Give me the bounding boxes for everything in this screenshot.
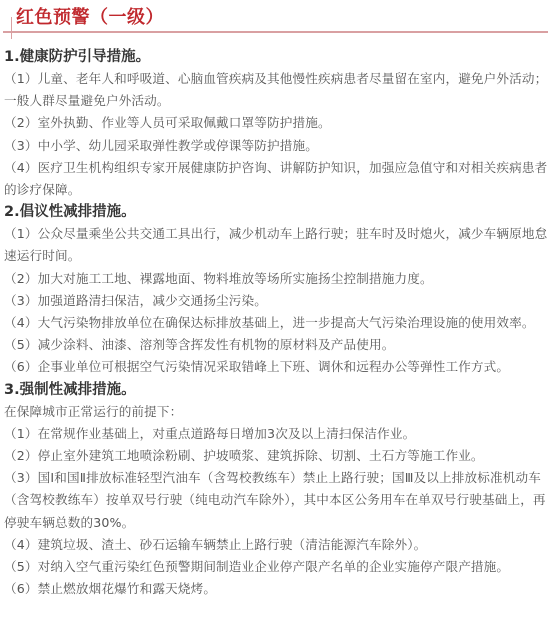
section-advisory-reduction: 2.倡议性减排措施。 （1）公众尽量乘坐公共交通工具出行，减少机动车上路行驶；驻… (4, 201, 552, 378)
section-heading: 2.倡议性减排措施。 (4, 201, 552, 223)
section-mandatory-reduction: 3.强制性减排措施。 在保障城市正常运行的前提下： （1）在常规作业基础上，对重… (4, 379, 552, 601)
paragraph: 在保障城市正常运行的前提下： (4, 401, 552, 423)
paragraph: （6）禁止燃放烟花爆竹和露天烧烤。 (4, 578, 552, 600)
title-underline-divider (3, 31, 548, 33)
paragraph: （4）医疗卫生机构组织专家开展健康防护咨询、讲解防护知识，加强应急值守和对相关疾… (4, 157, 552, 201)
section-heading: 1.健康防护引导措施。 (4, 46, 552, 68)
paragraph: （5）对纳入空气重污染红色预警期间制造业企业停产限产名单的企业实施停产限产措施。 (4, 556, 552, 578)
page-title: 红色预警（一级） (16, 6, 164, 30)
title-bar: 红色预警（一级） (0, 0, 556, 40)
paragraph: （5）减少涂料、油漆、溶剂等含挥发性有机物的原材料及产品使用。 (4, 334, 552, 356)
paragraph: （4）大气污染物排放单位在确保达标排放基础上，进一步提高大气污染治理设施的使用效… (4, 312, 552, 334)
paragraph: （3）国Ⅰ和国Ⅱ排放标准轻型汽油车（含驾校教练车）禁止上路行驶；国Ⅲ及以上排放标… (4, 467, 552, 534)
paragraph: （3）中小学、幼儿园采取弹性教学或停课等防护措施。 (4, 135, 552, 157)
paragraph: （3）加强道路清扫保洁，减少交通扬尘污染。 (4, 290, 552, 312)
article-content: 1.健康防护引导措施。 （1）儿童、老年人和呼吸道、心脑血管疾病及其他慢性疾病患… (4, 46, 552, 600)
paragraph: （1）在常规作业基础上，对重点道路每日增加3次及以上清扫保洁作业。 (4, 423, 552, 445)
paragraph: （2）加大对施工工地、裸露地面、物料堆放等场所实施扬尘控制措施力度。 (4, 268, 552, 290)
title-tick-decoration (11, 17, 12, 39)
paragraph: （4）建筑垃圾、渣土、砂石运输车辆禁止上路行驶（清洁能源汽车除外）。 (4, 534, 552, 556)
paragraph: （2）停止室外建筑工地喷涂粉刷、护坡喷浆、建筑拆除、切割、土石方等施工作业。 (4, 445, 552, 467)
paragraph: （2）室外执勤、作业等人员可采取佩戴口罩等防护措施。 (4, 112, 552, 134)
section-heading: 3.强制性减排措施。 (4, 379, 552, 401)
paragraph: （1）儿童、老年人和呼吸道、心脑血管疾病及其他慢性疾病患者尽量留在室内，避免户外… (4, 68, 552, 112)
section-health-protection: 1.健康防护引导措施。 （1）儿童、老年人和呼吸道、心脑血管疾病及其他慢性疾病患… (4, 46, 552, 201)
paragraph: （6）企事业单位可根据空气污染情况采取错峰上下班、调休和远程办公等弹性工作方式。 (4, 356, 552, 378)
paragraph: （1）公众尽量乘坐公共交通工具出行，减少机动车上路行驶；驻车时及时熄火，减少车辆… (4, 223, 552, 267)
